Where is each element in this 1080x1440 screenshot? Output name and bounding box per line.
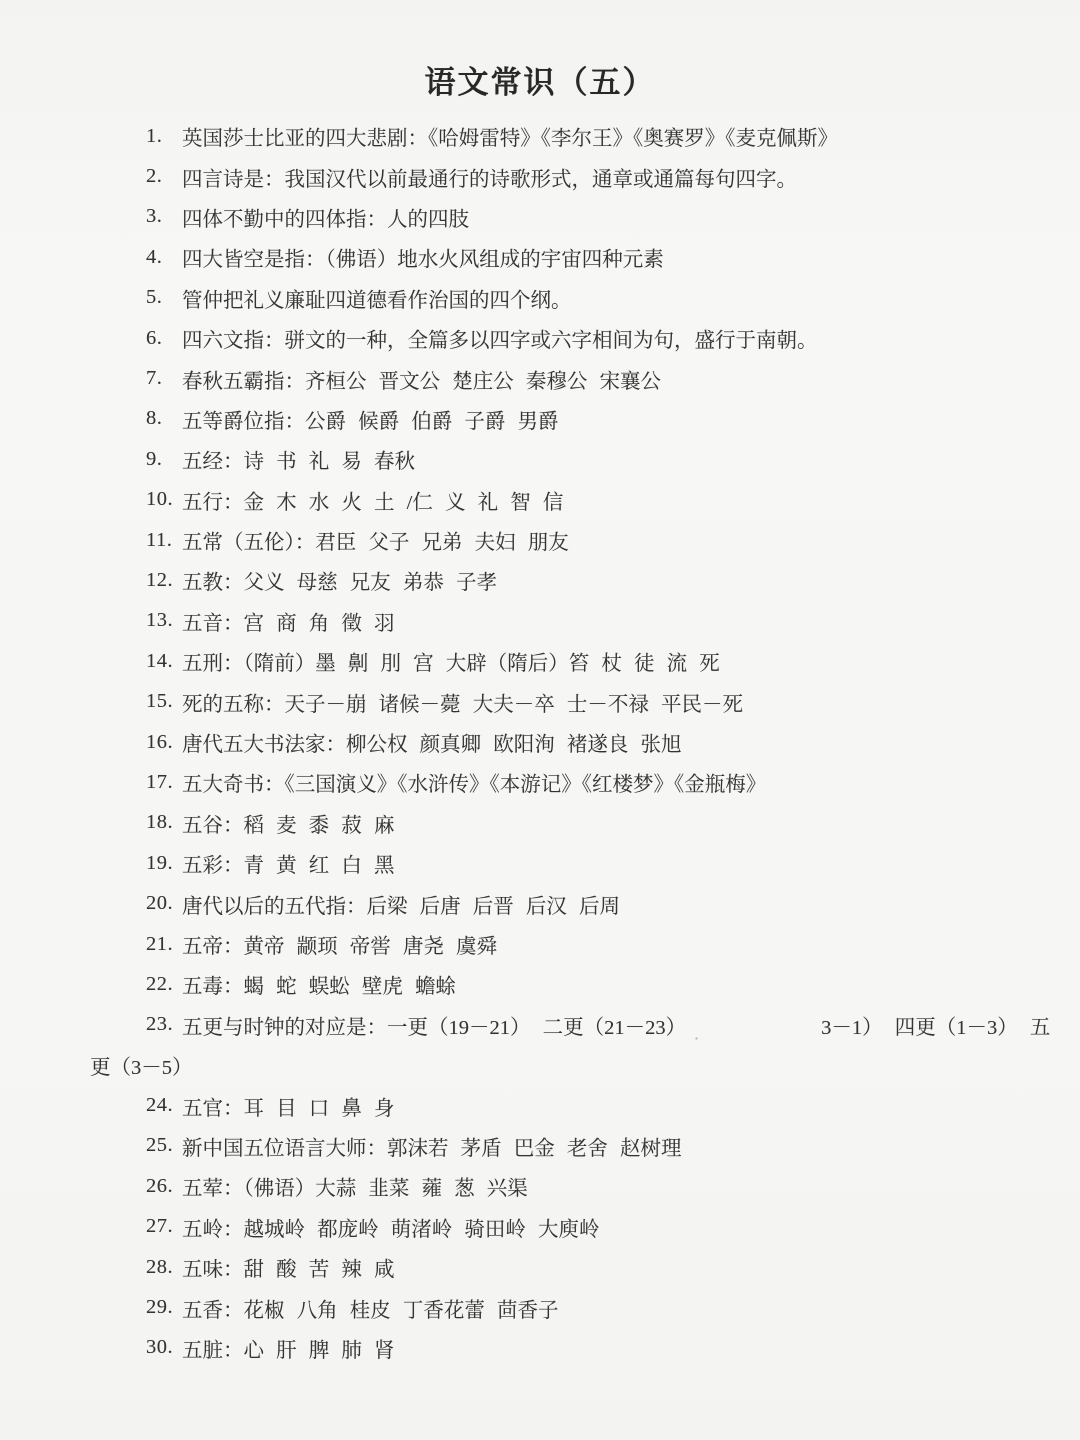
item-text-continued: 更（3－5）	[90, 1050, 193, 1080]
list-item: 16. 唐代五大书法家：柳公权 颜真卿 欧阳洵 褚遂良 张旭	[0, 722, 1080, 762]
knowledge-list: 1. 英国莎士比亚的四大悲剧：《哈姆雷特》《李尔王》《奥赛罗》《麦克佩斯》 2.…	[0, 116, 1080, 1368]
item-number: 2.	[146, 165, 182, 188]
item-number: 7.	[146, 367, 182, 390]
item-text: 五官：耳 目 口 鼻 身	[182, 1091, 395, 1121]
item-text: 新中国五位语言大师：郭沫若 茅盾 巴金 老舍 赵树理	[182, 1131, 682, 1161]
list-item: 4. 四大皆空是指：（佛语）地水火风组成的宇宙四种元素	[0, 237, 1080, 277]
list-item: 18. 五谷：稻 麦 黍 菽 麻	[0, 803, 1080, 843]
item-text: 五教：父义 母慈 兄友 弟恭 子孝	[182, 565, 497, 595]
item-number: 26.	[146, 1175, 182, 1198]
item-number: 29.	[146, 1296, 182, 1319]
item-number: 3.	[146, 205, 182, 228]
item-number: 23.	[146, 1013, 182, 1036]
list-item: 8. 五等爵位指：公爵 候爵 伯爵 子爵 男爵	[0, 399, 1080, 439]
item-number: 30.	[146, 1336, 182, 1359]
item-text: 英国莎士比亚的四大悲剧：《哈姆雷特》《李尔王》《奥赛罗》《麦克佩斯》	[182, 121, 838, 151]
item-text: 五毒：蝎 蛇 蜈蚣 壁虎 蟾蜍	[182, 969, 456, 999]
item-text: 五谷：稻 麦 黍 菽 麻	[182, 808, 395, 838]
item-number: 22.	[146, 973, 182, 996]
list-item: 13. 五音：宫 商 角 徵 羽	[0, 601, 1080, 641]
item-text: 唐代五大书法家：柳公权 颜真卿 欧阳洵 褚遂良 张旭	[182, 727, 682, 757]
item-text: 五荤：（佛语）大蒜 韭菜 蕹 葱 兴渠	[182, 1171, 528, 1201]
document-page: 语文常识（五） 1. 英国莎士比亚的四大悲剧：《哈姆雷特》《李尔王》《奥赛罗》《…	[0, 0, 1080, 1440]
item-text: 五常（五伦）：君臣 父子 兄弟 夫妇 朋友	[182, 525, 569, 555]
list-item: 9. 五经：诗 书 礼 易 春秋	[0, 439, 1080, 479]
item-number: 13.	[146, 609, 182, 632]
item-text: 五行：金 木 水 火 土 /仁 义 礼 智 信	[182, 485, 563, 515]
item-text: 五大奇书：《三国演义》《水浒传》《本游记》《红楼梦》《金瓶梅》	[182, 767, 766, 797]
list-item: 17. 五大奇书：《三国演义》《水浒传》《本游记》《红楼梦》《金瓶梅》	[0, 762, 1080, 802]
item-text: 五更与时钟的对应是：一更（19－21） 二更（21－23）．3－1） 四更（1－…	[182, 1010, 1050, 1040]
item-number: 24.	[146, 1094, 182, 1117]
list-item: 3. 四体不勤中的四体指：人的四肢	[0, 197, 1080, 237]
list-item: 12. 五教：父义 母慈 兄友 弟恭 子孝	[0, 560, 1080, 600]
item-number: 5.	[146, 286, 182, 309]
list-item: 5. 管仲把礼义廉耻四道德看作治国的四个纲。	[0, 278, 1080, 318]
list-item: 23. 五更与时钟的对应是：一更（19－21） 二更（21－23）．3－1） 四…	[0, 1005, 1080, 1045]
item-number: 9.	[146, 448, 182, 471]
item-text: 五彩：青 黄 红 白 黑	[182, 848, 395, 878]
list-item: 14. 五刑：（隋前）墨 劓 刖 宫 大辟（隋后）笞 杖 徒 流 死	[0, 641, 1080, 681]
faded-fragment: ．	[694, 1023, 709, 1044]
item-number: 1.	[146, 125, 182, 148]
item-text: 四大皆空是指：（佛语）地水火风组成的宇宙四种元素	[182, 242, 664, 272]
item-text: 五音：宫 商 角 徵 羽	[182, 606, 395, 636]
list-item: 28. 五味：甜 酸 苦 辣 咸	[0, 1247, 1080, 1287]
item-text-part2: 3－1） 四更（1－3） 五	[821, 1017, 1050, 1039]
list-item: 21. 五帝：黄帝 颛顼 帝喾 唐尧 虞舜	[0, 924, 1080, 964]
item-number: 10.	[146, 488, 182, 511]
list-item: 1. 英国莎士比亚的四大悲剧：《哈姆雷特》《李尔王》《奥赛罗》《麦克佩斯》	[0, 116, 1080, 156]
item-text: 五味：甜 酸 苦 辣 咸	[182, 1252, 395, 1282]
item-text-part1: 五更与时钟的对应是：一更（19－21） 二更（21－23）	[182, 1017, 686, 1039]
list-item: 30. 五脏：心 肝 脾 肺 肾	[0, 1328, 1080, 1368]
list-item: 10. 五行：金 木 水 火 土 /仁 义 礼 智 信	[0, 480, 1080, 520]
list-item: 24. 五官：耳 目 口 鼻 身	[0, 1085, 1080, 1125]
item-text: 五等爵位指：公爵 候爵 伯爵 子爵 男爵	[182, 404, 559, 434]
item-number: 18.	[146, 811, 182, 834]
list-item-continuation: 更（3－5）	[0, 1045, 1080, 1085]
item-number: 28.	[146, 1256, 182, 1279]
item-text: 四言诗是：我国汉代以前最通行的诗歌形式，通章或通篇每句四字。	[182, 162, 797, 192]
item-number: 8.	[146, 407, 182, 430]
item-text: 四体不勤中的四体指：人的四肢	[182, 202, 469, 232]
item-text: 五刑：（隋前）墨 劓 刖 宫 大辟（隋后）笞 杖 徒 流 死	[182, 646, 720, 676]
item-number: 12.	[146, 569, 182, 592]
item-text: 五脏：心 肝 脾 肺 肾	[182, 1333, 395, 1363]
list-item: 6. 四六文指：骈文的一种，全篇多以四字或六字相间为句，盛行于南朝。	[0, 318, 1080, 358]
item-number: 6.	[146, 327, 182, 350]
item-number: 16.	[146, 731, 182, 754]
item-number: 21.	[146, 933, 182, 956]
list-item: 25. 新中国五位语言大师：郭沫若 茅盾 巴金 老舍 赵树理	[0, 1126, 1080, 1166]
page-title: 语文常识（五）	[0, 62, 1080, 104]
item-text: 管仲把礼义廉耻四道德看作治国的四个纲。	[182, 283, 572, 313]
item-text: 四六文指：骈文的一种，全篇多以四字或六字相间为句，盛行于南朝。	[182, 323, 818, 353]
item-number: 17.	[146, 771, 182, 794]
list-item: 7. 春秋五霸指：齐桓公 晋文公 楚庄公 秦穆公 宋襄公	[0, 358, 1080, 398]
item-text: 五经：诗 书 礼 易 春秋	[182, 444, 415, 474]
item-text: 死的五称：天子－崩 诸候－薨 大夫－卒 士－不禄 平民－死	[182, 687, 743, 717]
item-text: 五岭：越城岭 都庞岭 萌渚岭 骑田岭 大庾岭	[182, 1212, 600, 1242]
item-text: 唐代以后的五代指：后梁 后唐 后晋 后汉 后周	[182, 889, 620, 919]
list-item: 19. 五彩：青 黄 红 白 黑	[0, 843, 1080, 883]
item-number: 27.	[146, 1215, 182, 1238]
item-number: 25.	[146, 1134, 182, 1157]
item-text: 五帝：黄帝 颛顼 帝喾 唐尧 虞舜	[182, 929, 497, 959]
list-item: 15. 死的五称：天子－崩 诸候－薨 大夫－卒 士－不禄 平民－死	[0, 681, 1080, 721]
item-text: 春秋五霸指：齐桓公 晋文公 楚庄公 秦穆公 宋襄公	[182, 364, 661, 394]
item-number: 11.	[146, 529, 182, 552]
item-number: 19.	[146, 852, 182, 875]
list-item: 22. 五毒：蝎 蛇 蜈蚣 壁虎 蟾蜍	[0, 964, 1080, 1004]
list-item: 20. 唐代以后的五代指：后梁 后唐 后晋 后汉 后周	[0, 883, 1080, 923]
list-item: 27. 五岭：越城岭 都庞岭 萌渚岭 骑田岭 大庾岭	[0, 1207, 1080, 1247]
list-item: 26. 五荤：（佛语）大蒜 韭菜 蕹 葱 兴渠	[0, 1166, 1080, 1206]
item-number: 20.	[146, 892, 182, 915]
list-item: 11. 五常（五伦）：君臣 父子 兄弟 夫妇 朋友	[0, 520, 1080, 560]
list-item: 2. 四言诗是：我国汉代以前最通行的诗歌形式，通章或通篇每句四字。	[0, 156, 1080, 196]
item-number: 14.	[146, 650, 182, 673]
list-item: 29. 五香：花椒 八角 桂皮 丁香花蕾 茴香子	[0, 1287, 1080, 1327]
item-number: 4.	[146, 246, 182, 269]
item-text: 五香：花椒 八角 桂皮 丁香花蕾 茴香子	[182, 1293, 559, 1323]
item-number: 15.	[146, 690, 182, 713]
